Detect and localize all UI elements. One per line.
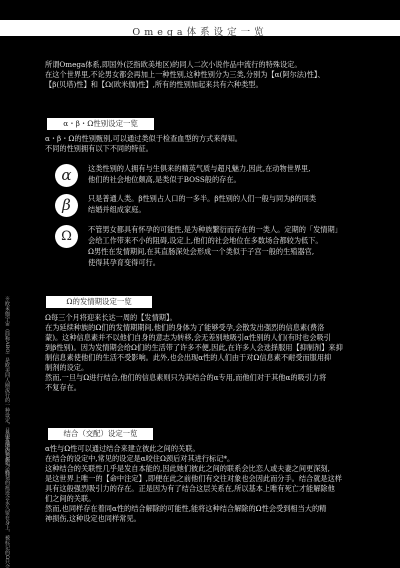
side-note: ※本设定标记后，标记的痕迹会永久留在身上，被标记的Ω只会对标记者产生反应。	[4, 430, 10, 530]
page-title-bar: Omega体系设定一览	[0, 20, 400, 36]
gender-line: α・β・Ω的性别甄别,可以通过类似于检查血型的方式来得知。	[45, 134, 242, 144]
bond-line: 是这世界上唯一的【命中注定】,即便在此之前他们有交往对象也会因此而分手。结合就是…	[45, 474, 342, 484]
alpha-desc: 这类性别的人拥有与生俱来的精英气质与超凡魅力,因此,在动物世界里,	[88, 164, 310, 174]
bond-line: α性与Ω性可以通过结合来建立彼此之间的关联。	[45, 444, 200, 454]
heat-line: 到β性别)。因为发情期会给Ω们的生活带了许多不便,因此,在许多人会选择服用【抑制…	[45, 343, 343, 353]
omega-icon: Ω	[55, 225, 78, 248]
alpha-desc: 他们的社会地位颇高,是类似于BOSS般的存在。	[88, 175, 241, 185]
intro-line: 【β(贝塔)性】和【Ω(欧米伽)性】,所有的性别加起来共有六种类型。	[45, 80, 263, 90]
heat-line: 蒙)。这种信息素并不以他们自身的意志为转移,会无差别地吸引α性别的人们(有时也会…	[45, 333, 331, 343]
gender-line: 不同的性别拥有以下不同的特征。	[45, 144, 153, 154]
bond-section-heading: 结合（交配）设定一览	[48, 428, 153, 440]
heat-line: 然而,一旦与Ω进行结合,他们的信息素则只为其结合的α专用,而他们对于其他α的吸引…	[45, 373, 326, 383]
heat-line: 制信息素使他们的生活不受影响。此外,也会出现α性的人们由于对Ω信息素不耐受而服用…	[45, 353, 331, 363]
bond-line: 神损伤,这种设定也同样常见。	[45, 514, 141, 524]
omega-desc: 使得其孕育变得可行。	[88, 258, 160, 268]
page-title: Omega体系设定一览	[132, 27, 267, 38]
omega-desc: 不管男女都具有怀孕的可能性,是为种族繁衍而存在的一类人。定期的「发情期」	[88, 225, 342, 235]
omega-desc: Ω男性在发情期间,在其直肠深处会形成一个类似于子宫一般的生殖器官,	[88, 247, 314, 257]
bond-line: 这种结合的关联性几乎是发自本能的,因此她们彼此之间的联系会比恋人或夫妻之间更深刻…	[45, 464, 330, 474]
omega-desc: 会给工作带来不小的阻碍,设定上,他们的社会地位在多数场合都较为低下。	[88, 236, 323, 246]
heat-section-heading: Ω的发情期设定一览	[46, 296, 152, 308]
gender-section-heading: α・β・Ω性别设定一览	[47, 118, 154, 130]
bond-line: 们之间的关联。	[45, 494, 95, 504]
intro-line: 所谓Omega体系,即国外(泛指欧美地区)的同人二次小说作品中流行的特殊设定。	[45, 60, 302, 70]
side-note: ※欧米伽宇宙（简称ABO）是欧美同人圈流行的一种设定，目前在国内也颇为流行。	[4, 296, 10, 396]
bond-line: 然而,也同样存在着同α性的结合解除的可能性,能将这种结合解除的Ω性会受到相当大的…	[45, 504, 326, 514]
heat-line: 在为延续种族的Ω们的发情期期间,他们的身体为了能够受孕,会散发出强烈的信息素(费…	[45, 323, 324, 333]
bond-line: 在结合的设定中,常见的设定是α咬住Ω颈后对其进行标记*。	[45, 454, 234, 464]
alpha-icon: α	[55, 164, 78, 187]
beta-desc: 只是普通人类。β性别占人口的一多半。β性别的人们一般与同为β的同类	[88, 194, 316, 204]
beta-icon: β	[55, 194, 78, 217]
heat-line: 不复存在。	[45, 383, 81, 393]
intro-line: 在这个世界里,不论男女都会再加上一种性别,这种性别分为三类,分别为【α(阿尔法)…	[45, 70, 325, 80]
beta-desc: 结婚并组成家庭。	[88, 205, 146, 215]
heat-line: Ω每三个月将迎来长达一周的【发情期】。	[45, 313, 177, 323]
heat-line: 制剂的设定。	[45, 363, 88, 373]
bond-line: 具有这般强烈吸引力的存在。正是因为有了结合这层关系在,所以基本上唯有死亡才能解除…	[45, 484, 335, 494]
